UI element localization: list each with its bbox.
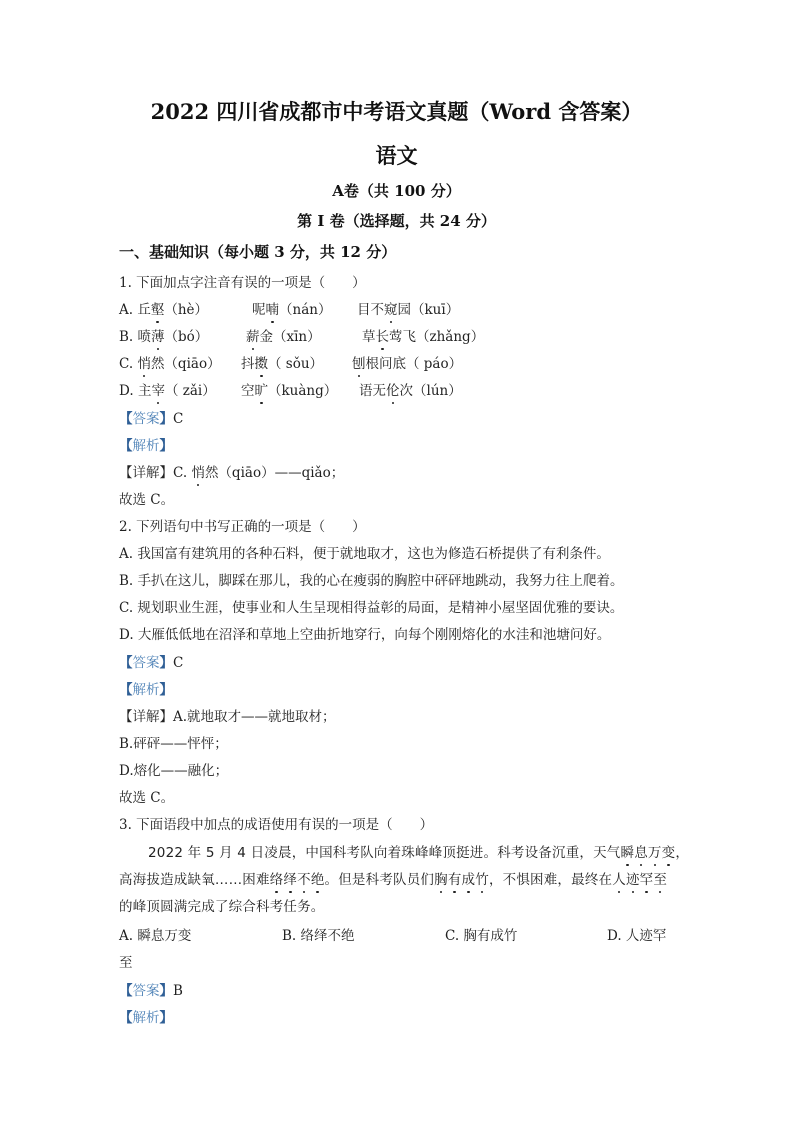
dotted-char: 万 <box>648 844 662 862</box>
dotted-char: 瞬 <box>621 844 635 862</box>
analysis-tag: 解析 <box>133 682 160 698</box>
dotted-char: 有 <box>448 871 462 889</box>
answer-tag: 答案 <box>133 411 160 427</box>
q2-option-b: B. 手扒在这儿，脚踩在那儿，我的心在瘦弱的胸腔中砰砰地跳动，我努力往上爬着。 <box>119 572 624 590</box>
option-label: D. <box>119 383 134 399</box>
dotted-char: 绝 <box>311 871 325 889</box>
dotted-idiom: 人迹罕至 <box>612 872 667 888</box>
text: 抖 <box>241 356 255 372</box>
option-label: C. <box>119 356 133 372</box>
dotted-idiom: 胸有成竹 <box>434 872 489 888</box>
dotted-char: 人 <box>612 871 626 889</box>
q2-option-a: A. 我国富有建筑用的各种石料，便于就地取才，这也为修造石桥提供了有利条件。 <box>119 545 610 563</box>
dotted-idiom: 瞬息万变 <box>621 845 676 861</box>
volume-heading: A卷（共 100 分） <box>0 180 793 201</box>
option-label: B. <box>119 329 133 345</box>
q1-detail: 【详解】C. 悄然（qiāo）——qiǎo； <box>119 464 344 482</box>
q1-option-a-3: 目不窥园（kuī） <box>357 301 459 319</box>
dotted-char: 成 <box>462 871 476 889</box>
q1-option-a-2: 呢喃（nán） <box>252 301 331 319</box>
q2-option-d: D. 大雁低低地在沼泽和草地上空曲折地穿行，向每个刚刚熔化的水洼和池塘问好。 <box>119 626 610 644</box>
q2-detail-line: D.熔化——融化； <box>119 762 228 780</box>
text: 空 <box>241 383 255 399</box>
answer-value: C <box>173 655 183 671</box>
q1-answer: 【答案】C <box>119 410 183 428</box>
dotted-char: 迹 <box>626 871 640 889</box>
dotted-idiom: 络绎不绝 <box>270 872 325 888</box>
dotted-char: 竹 <box>475 871 489 889</box>
q1-option-c-3: 刨根问底（ páo） <box>352 355 462 373</box>
q1-option-c: C. 悄然（qiāo） <box>119 355 221 373</box>
bracket: 】 <box>160 438 174 454</box>
dotted-char: 络 <box>270 871 284 889</box>
q2-analysis: 【解析】 <box>119 681 173 699</box>
text: ，不惧困难，最终在 <box>489 872 612 888</box>
q2-answer: 【答案】C <box>119 654 183 672</box>
text: （nán） <box>279 302 331 318</box>
q3-option-d-wrap: 至 <box>119 954 133 972</box>
text: 目不 <box>357 302 384 318</box>
document-title: 2022 四川省成都市中考语文真题（Word 含答案） <box>0 96 793 126</box>
text: A.就地取才——就地取材； <box>173 709 336 725</box>
dotted-char: 伦 <box>386 382 400 400</box>
text: 根问底（ páo） <box>366 356 463 372</box>
bracket: 【 <box>119 983 133 999</box>
dotted-char: 刨 <box>352 355 366 373</box>
dotted-char: 至 <box>653 871 667 889</box>
q3-passage-line-2: 高海拔造成缺氧……困难络绎不绝。但是科考队员们胸有成竹，不惧困难，最终在人迹罕至 <box>119 871 667 889</box>
text: （bó） <box>165 329 209 345</box>
dotted-text: 瞬息万变 <box>621 845 676 861</box>
text: （kuàng） <box>268 383 337 399</box>
text: 然（qiāo）——qiǎo； <box>205 465 344 481</box>
q1-option-b-3: 草长莺飞（zhǎng） <box>362 328 484 346</box>
question-1-stem: 1. 下面加点字注音有误的一项是（ ） <box>119 274 366 292</box>
text: 金（xīn） <box>260 329 321 345</box>
dotted-char: 擞 <box>255 355 269 373</box>
q2-option-c: C. 规划职业生涯，使事业和人生呈现相得益彰的局面，是精神小屋坚固优雅的要诀。 <box>119 599 623 617</box>
question-3-stem: 3. 下面语段中加点的成语使用有误的一项是（ ） <box>119 816 433 834</box>
text: 2022 年 5 月 4 日凌晨，中国科考队向着珠峰峰顶挺进。科考设备沉重，天气 <box>148 845 621 861</box>
q2-conclusion: 故选 C。 <box>119 789 174 807</box>
bracket: 【 <box>119 655 133 671</box>
dotted-char: 悄 <box>137 355 151 373</box>
text: 喷 <box>138 329 152 345</box>
text: （ sǒu） <box>268 356 323 372</box>
answer-tag: 答案 <box>133 983 160 999</box>
part-heading: 第 I 卷（选择题，共 24 分） <box>0 210 793 231</box>
text: 语无 <box>359 383 386 399</box>
dotted-char: 薪 <box>246 328 260 346</box>
q1-option-d: D. 主宰（ zǎi） <box>119 382 216 400</box>
q1-option-d-2: 空旷（kuàng） <box>241 382 337 400</box>
q3-passage-line-3: 的峰顶圆满完成了综合科考任务。 <box>119 898 325 916</box>
bracket: 【 <box>119 438 133 454</box>
q1-option-b: B. 喷薄（bó） <box>119 328 208 346</box>
text: 。但是科考队员们 <box>325 872 435 888</box>
bracket: 】 <box>160 682 174 698</box>
dotted-char: 绎 <box>283 871 297 889</box>
q3-option-d: D. 人迹罕 <box>607 927 666 945</box>
dotted-char: 悄 <box>191 464 205 482</box>
dotted-char: 罕 <box>640 871 654 889</box>
option-label: A. <box>119 302 133 318</box>
text: 丘 <box>137 302 151 318</box>
analysis-tag: 解析 <box>133 438 160 454</box>
q1-analysis: 【解析】 <box>119 437 173 455</box>
text: 呢 <box>252 302 266 318</box>
dotted-char: 旷 <box>255 382 269 400</box>
dotted-char: 喃 <box>266 301 280 319</box>
answer-tag: 答案 <box>133 655 160 671</box>
text: （hè） <box>164 302 208 318</box>
bracket: 】 <box>160 411 174 427</box>
dotted-char: 长 <box>376 328 390 346</box>
bracket: 】 <box>160 983 174 999</box>
dotted-char: 变 <box>662 844 676 862</box>
bracket: 】 <box>160 1010 174 1026</box>
dotted-char: 宰 <box>151 382 165 400</box>
detail-tag: 【详解】 <box>119 709 173 725</box>
text: C. <box>173 465 191 481</box>
q1-conclusion: 故选 C。 <box>119 491 174 509</box>
dotted-char: 薄 <box>151 328 165 346</box>
answer-value: B <box>173 983 183 999</box>
q3-option-a: A. 瞬息万变 <box>119 927 191 945</box>
answer-value: C <box>173 411 183 427</box>
question-2-stem: 2. 下列语句中书写正确的一项是（ ） <box>119 518 366 536</box>
text: 草 <box>362 329 376 345</box>
q3-answer: 【答案】B <box>119 982 183 1000</box>
dotted-char: 息 <box>634 844 648 862</box>
q3-analysis: 【解析】 <box>119 1009 173 1027</box>
bracket: 【 <box>119 1010 133 1026</box>
text: 莺飞（zhǎng） <box>389 329 484 345</box>
q1-option-b-2: 薪金（xīn） <box>246 328 321 346</box>
q2-detail: 【详解】A.就地取才——就地取材； <box>119 708 336 726</box>
text: 次（lún） <box>400 383 462 399</box>
document-page: 2022 四川省成都市中考语文真题（Word 含答案） 语文 A卷（共 100 … <box>0 0 793 1122</box>
section-heading: 一、基础知识（每小题 3 分，共 12 分） <box>119 243 396 261</box>
bracket: 【 <box>119 682 133 698</box>
q3-option-b: B. 络绎不绝 <box>282 927 355 945</box>
bracket: 】 <box>160 655 174 671</box>
q1-option-a: A. 丘壑（hè） <box>119 301 208 319</box>
text: （ zǎi） <box>165 383 216 399</box>
text: 园（kuī） <box>398 302 460 318</box>
q3-passage-line-1: 2022 年 5 月 4 日凌晨，中国科考队向着珠峰峰顶挺进。科考设备沉重，天气… <box>148 844 689 862</box>
q1-option-d-3: 语无伦次（lún） <box>359 382 462 400</box>
q3-option-c: C. 胸有成竹 <box>445 927 517 945</box>
detail-tag: 【详解】 <box>119 465 173 481</box>
text: 主 <box>138 383 152 399</box>
dotted-char: 胸 <box>434 871 448 889</box>
dotted-char: 窥 <box>384 301 398 319</box>
bracket: 【 <box>119 411 133 427</box>
dotted-char: 不 <box>297 871 311 889</box>
q1-option-c-2: 抖擞（ sǒu） <box>241 355 323 373</box>
text: ， <box>675 845 689 861</box>
text: 然（qiāo） <box>151 356 221 372</box>
analysis-tag: 解析 <box>133 1010 160 1026</box>
text: 高海拔造成缺氧……困难 <box>119 872 270 888</box>
dotted-char: 壑 <box>151 301 165 319</box>
subject-heading: 语文 <box>0 140 793 170</box>
q2-detail-line: B.砰砰——怦怦； <box>119 735 228 753</box>
